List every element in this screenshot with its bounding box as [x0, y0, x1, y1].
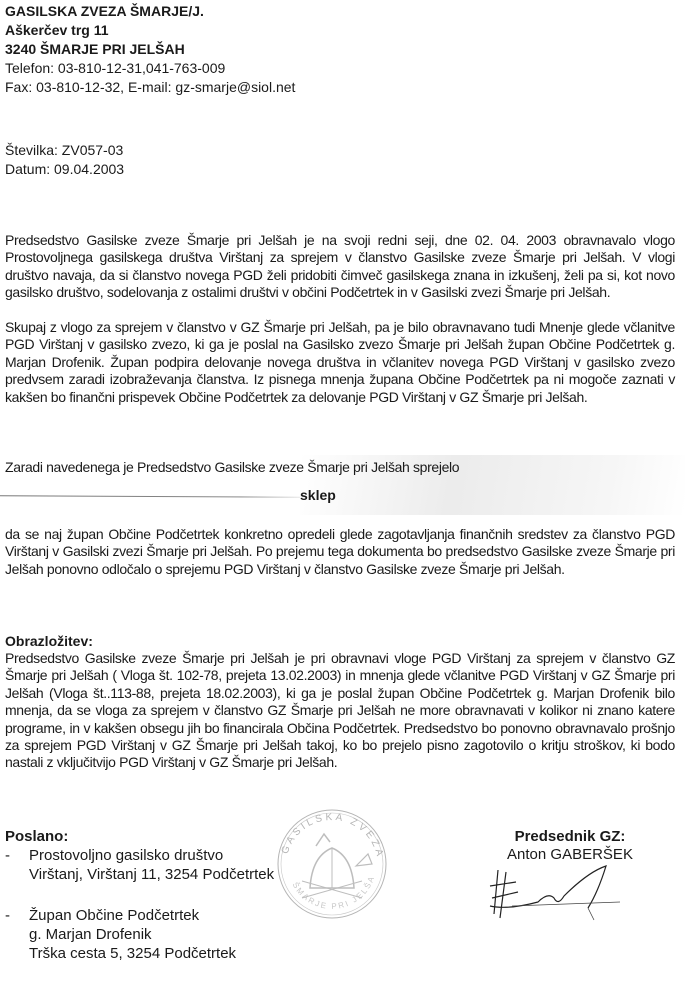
org-phone: Telefon: 03-810-12-31,041-763-009	[5, 59, 295, 78]
decision-text: da se naj župan Občine Podčetrtek konkre…	[5, 526, 675, 578]
bullet-dash: -	[5, 846, 10, 865]
handwritten-signature-icon	[488, 862, 628, 922]
document-date: Datum: 09.04.2003	[5, 160, 124, 179]
separator-line	[0, 495, 300, 498]
explanation-heading: Obrazložitev:	[5, 633, 93, 649]
body-paragraph-1: Predsedstvo Gasilske zveze Šmarje pri Je…	[5, 232, 675, 302]
recipient-1-line-1: Prostovoljno gasilsko društvo	[29, 846, 274, 865]
org-fax-email: Fax: 03-810-12-32, E-mail: gz-smarje@sio…	[5, 78, 295, 97]
distribution-heading: Poslano:	[5, 828, 68, 845]
letter-page: GASILSKA ZVEZA ŠMARJE/J. Aškerčev trg 11…	[0, 0, 685, 1003]
org-name: GASILSKA ZVEZA ŠMARJE/J.	[5, 2, 295, 21]
explanation-text: Predsedstvo Gasilske zveze Šmarje pri Je…	[5, 650, 675, 772]
reference-block: Številka: ZV057-03 Datum: 09.04.2003	[5, 141, 124, 179]
recipient-2-line-1: Župan Občine Podčetrtek	[29, 906, 236, 925]
recipient-2-line-3: Trška cesta 5, 3254 Podčetrtek	[29, 944, 236, 963]
signatory-title: Predsednik GZ:	[470, 828, 670, 846]
official-stamp-icon: GASILSKA ZVEZA ŠMARJE PRI JELŠAH	[272, 806, 392, 921]
body-paragraph-3: Zaradi navedenega je Predsedstvo Gasilsk…	[5, 459, 675, 476]
decision-heading: sklep	[300, 487, 336, 503]
svg-text:GASILSKA ZVEZA: GASILSKA ZVEZA	[280, 812, 386, 860]
recipient-2-line-2: g. Marjan Drofenik	[29, 925, 236, 944]
bullet-dash: -	[5, 906, 10, 925]
letterhead: GASILSKA ZVEZA ŠMARJE/J. Aškerčev trg 11…	[5, 2, 295, 97]
document-number: Številka: ZV057-03	[5, 141, 124, 160]
body-paragraph-2: Skupaj z vlogo za sprejem v članstvo v G…	[5, 319, 675, 406]
signature-block: Predsednik GZ: Anton GABERŠEK	[470, 828, 670, 864]
recipient-1-line-2: Virštanj, Virštanj 11, 3254 Podčetrtek	[29, 865, 274, 884]
org-street: Aškerčev trg 11	[5, 21, 295, 40]
org-city: 3240 ŠMARJE PRI JELŠAH	[5, 40, 295, 59]
